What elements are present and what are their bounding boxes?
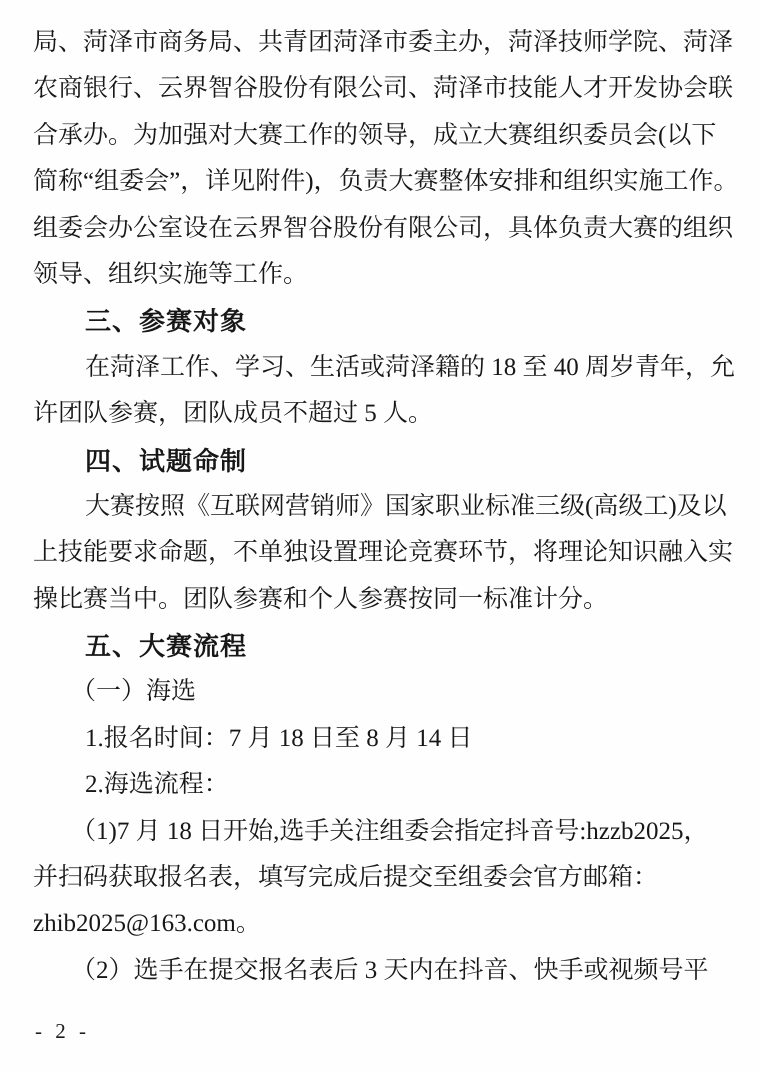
text-line: 简称“组委会”，详见附件)，负责大赛整体安排和组织实施工作。 xyxy=(33,159,732,205)
section-heading: 四、试题命制 xyxy=(33,438,732,484)
text-line: 组委会办公室设在云界智谷股份有限公司，具体负责大赛的组织 xyxy=(33,206,732,252)
text-line: 1.报名时间：7 月 18 日至 8 月 14 日 xyxy=(33,716,732,762)
text-line: （2）选手在提交报名表后 3 天内在抖音、快手或视频号平 xyxy=(33,948,732,994)
section-heading: 五、大赛流程 xyxy=(33,623,732,669)
text-line: 大赛按照《互联网营销师》国家职业标准三级(高级工)及以 xyxy=(33,484,732,530)
text-line: zhib2025@163.com。 xyxy=(33,901,732,947)
text-line: （一）海选 xyxy=(33,669,732,715)
text-line: 上技能要求命题，不单独设置理论竞赛环节，将理论知识融入实 xyxy=(33,530,732,576)
text-line: （1)7 月 18 日开始,选手关注组委会指定抖音号:hzzb2025， xyxy=(33,809,732,855)
text-line: 操比赛当中。团队参赛和个人参赛按同一标准计分。 xyxy=(33,577,732,623)
text-line: 局、菏泽市商务局、共青团菏泽市委主办，菏泽技师学院、菏泽 xyxy=(33,20,732,66)
text-line: 领导、组织实施等工作。 xyxy=(33,252,732,298)
page-number: - 2 - xyxy=(35,1019,90,1044)
document-body: 局、菏泽市商务局、共青团菏泽市委主办，菏泽技师学院、菏泽农商银行、云界智谷股份有… xyxy=(0,0,760,994)
text-line: 合承办。为加强对大赛工作的领导，成立大赛组织委员会(以下 xyxy=(33,113,732,159)
text-line: 在菏泽工作、学习、生活或菏泽籍的 18 至 40 周岁青年，允 xyxy=(33,345,732,391)
text-line: 农商银行、云界智谷股份有限公司、菏泽市技能人才开发协会联 xyxy=(33,66,732,112)
text-line: 2.海选流程： xyxy=(33,762,732,808)
text-line: 并扫码获取报名表，填写完成后提交至组委会官方邮箱： xyxy=(33,855,732,901)
text-line: 许团队参赛，团队成员不超过 5 人。 xyxy=(33,391,732,437)
document-page: 局、菏泽市商务局、共青团菏泽市委主办，菏泽技师学院、菏泽农商银行、云界智谷股份有… xyxy=(0,0,760,1072)
section-heading: 三、参赛对象 xyxy=(33,298,732,344)
